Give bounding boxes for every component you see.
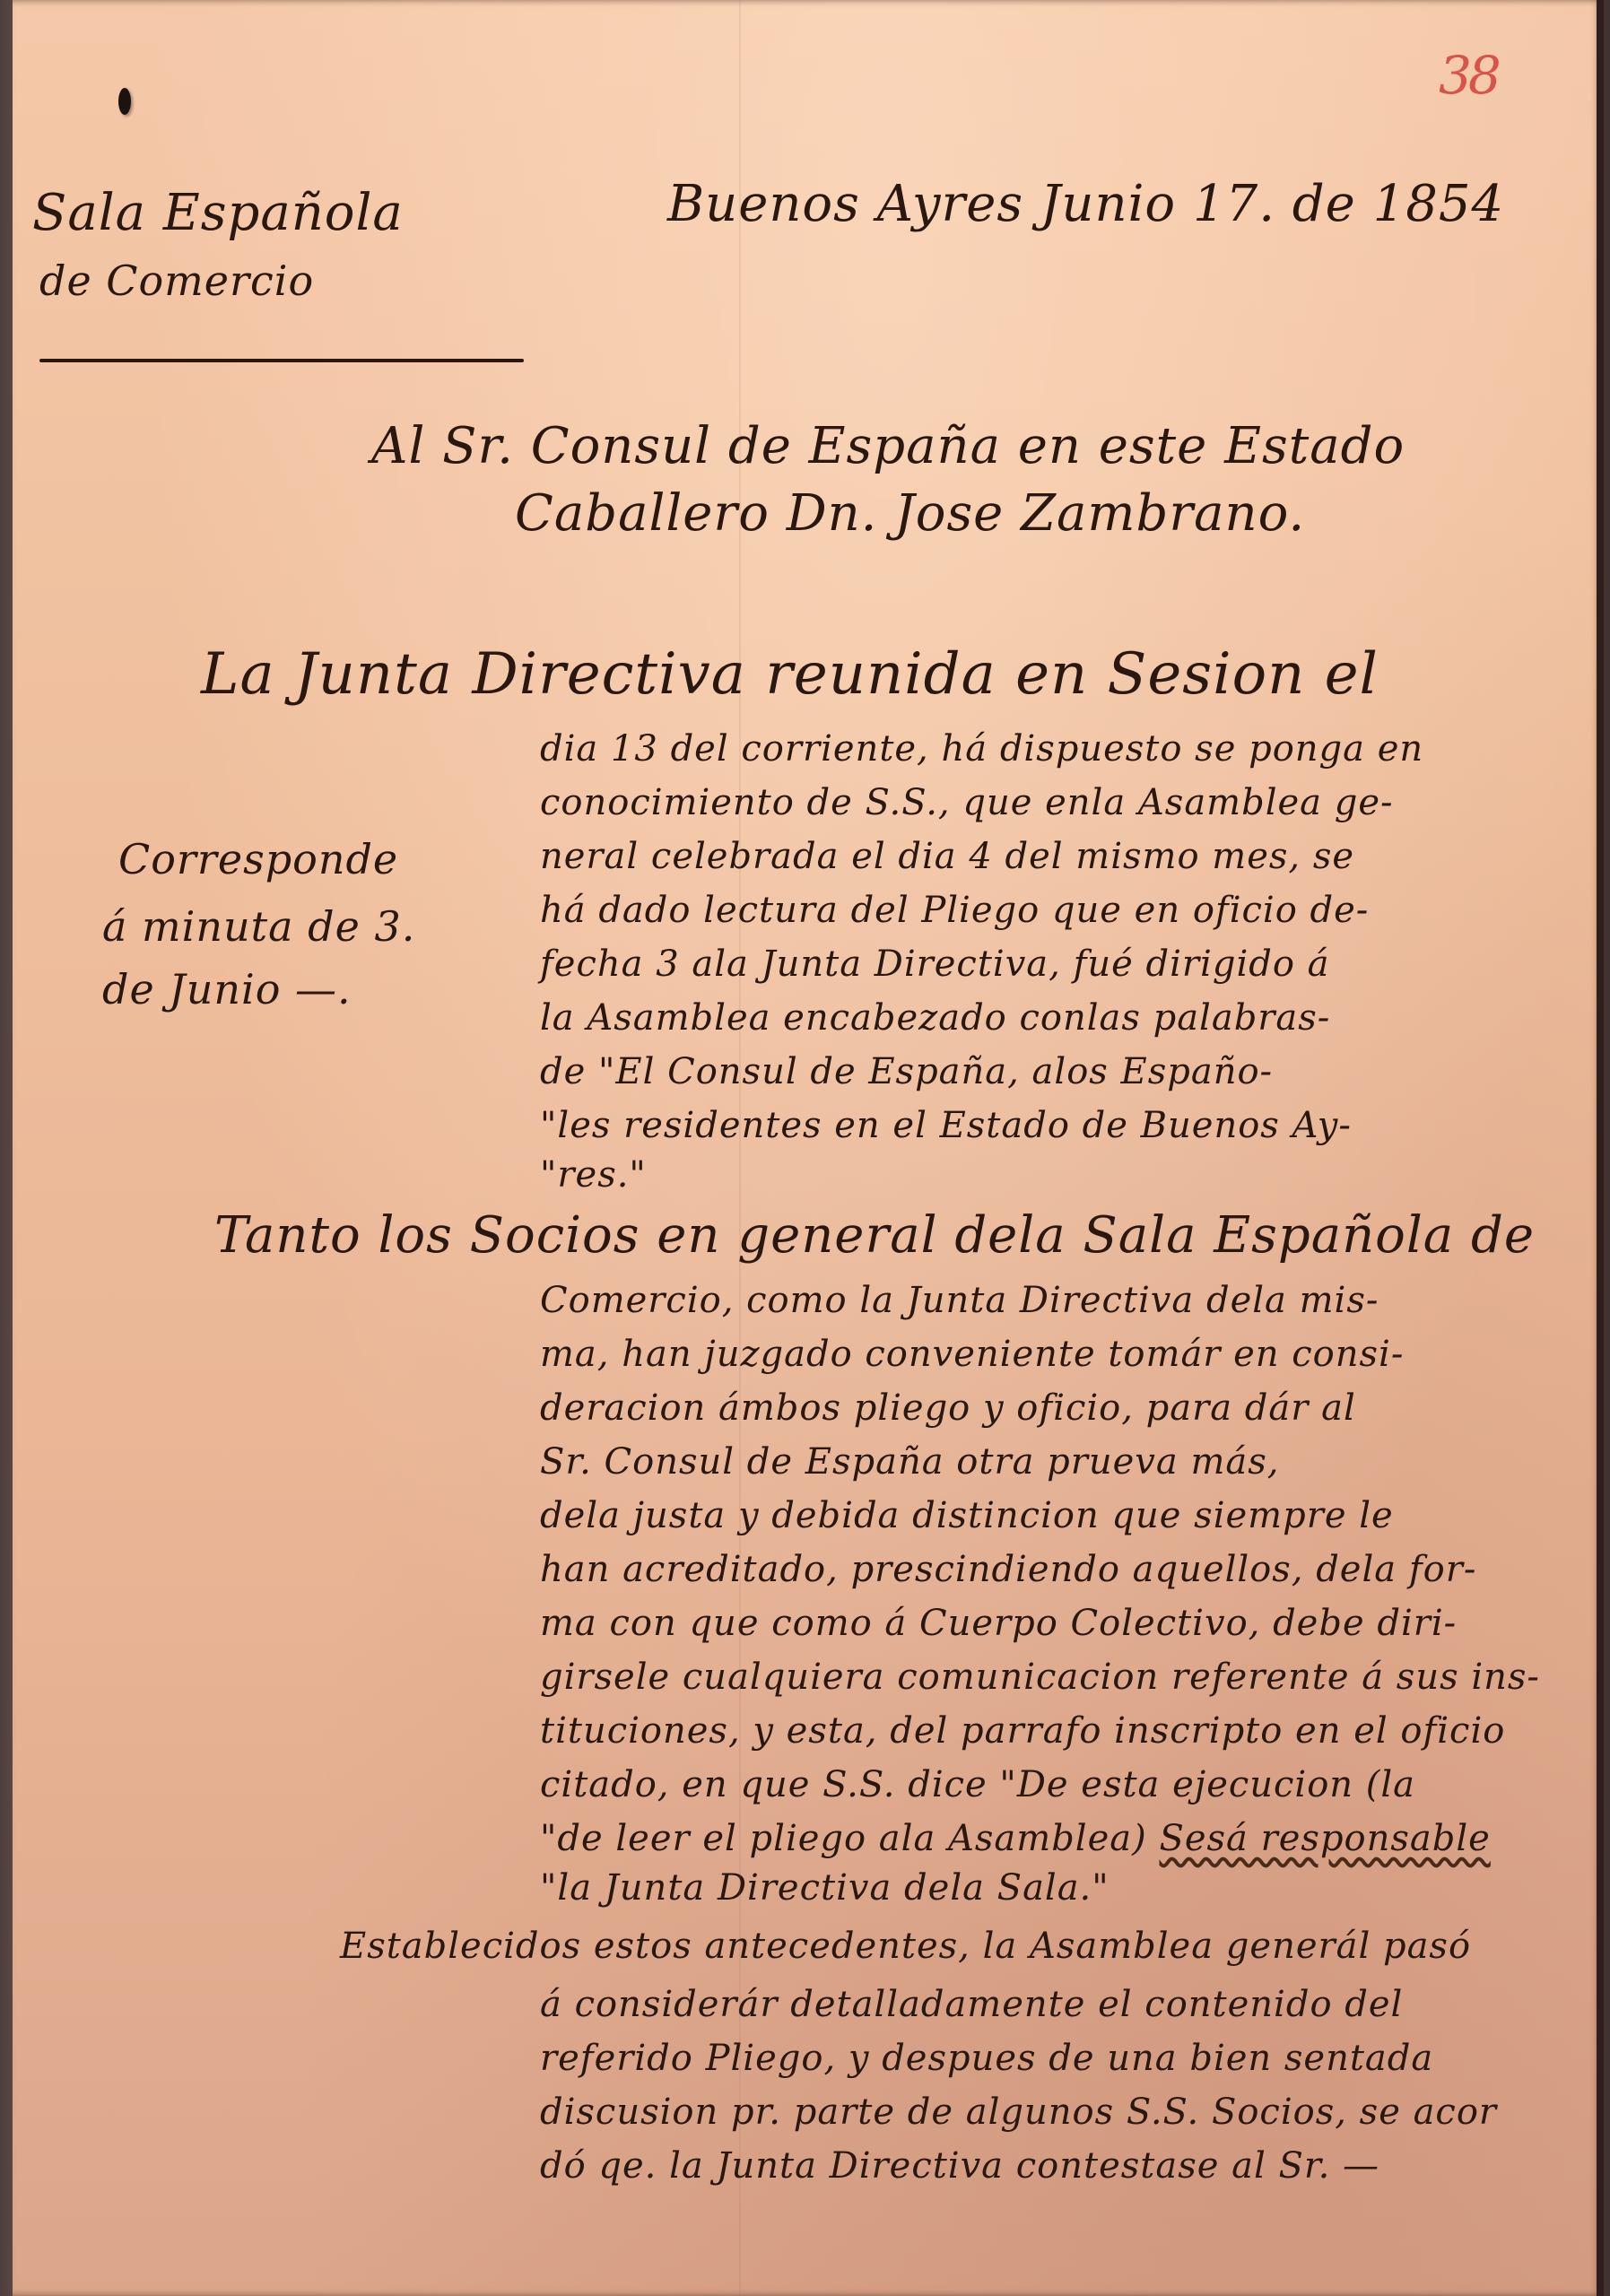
place-date: Buenos Ayres Junio 17. de 1854 bbox=[667, 179, 1504, 230]
body-line: "res." bbox=[540, 1157, 647, 1193]
letterhead-line-1: Sala Española bbox=[32, 188, 404, 239]
body-line: fecha 3 ala Junta Directiva, fué dirigid… bbox=[540, 946, 1329, 982]
page-edge-shadow bbox=[1597, 0, 1604, 2296]
letterhead-rule bbox=[39, 359, 524, 362]
body-line: referido Pliego, y despues de una bien s… bbox=[540, 2040, 1433, 2076]
body-line: á considerár detalladamente el contenido… bbox=[540, 1987, 1403, 2022]
margin-note-line-2: á minuta de 3. bbox=[102, 906, 415, 947]
body-line: "la Junta Directiva dela Sala." bbox=[540, 1870, 1110, 1906]
margin-note-line-1: Corresponde bbox=[118, 839, 398, 880]
body-line: neral celebrada el dia 4 del mismo mes, … bbox=[540, 839, 1354, 874]
margin-note-line-3: de Junio —. bbox=[102, 969, 352, 1010]
body-line: conocimiento de S.S., que enla Asamblea … bbox=[540, 785, 1394, 821]
body-line: ma, han juzgado conveniente tomár en con… bbox=[540, 1336, 1404, 1372]
body-line: Sr. Consul de España otra prueva más, bbox=[540, 1444, 1279, 1480]
manuscript-page: 38 Sala Española de Comercio Buenos Ayre… bbox=[13, 0, 1604, 2296]
quoted-text: "de leer el pliego ala Asamblea) bbox=[540, 1818, 1147, 1859]
body-line: Tanto los Socios en general dela Sala Es… bbox=[214, 1211, 1535, 1261]
body-line: dó qe. la Junta Directiva contestase al … bbox=[540, 2148, 1379, 2184]
body-line: dela justa y debida distincion que siemp… bbox=[540, 1498, 1394, 1534]
body-line: ma con que como á Cuerpo Colectivo, debe… bbox=[540, 1605, 1457, 1641]
folio-number: 38 bbox=[1439, 45, 1498, 106]
body-line: La Junta Directiva reunida en Sesion el bbox=[201, 646, 1379, 703]
body-line: dia 13 del corriente, há dispuesto se po… bbox=[540, 731, 1423, 767]
body-line: citado, en que S.S. dice "De esta ejecuc… bbox=[540, 1767, 1415, 1803]
addressee-line-1: Al Sr. Consul de España en este Estado bbox=[371, 422, 1405, 472]
body-line: la Asamblea encabezado conlas palabras- bbox=[540, 1000, 1330, 1036]
body-line: Comercio, como la Junta Directiva dela m… bbox=[540, 1283, 1379, 1318]
body-line: "de leer el pliego ala Asamblea) Sesá re… bbox=[540, 1821, 1491, 1857]
body-line: tituciones, y esta, del parrafo inscript… bbox=[540, 1713, 1505, 1749]
body-line: "les residentes en el Estado de Buenos A… bbox=[540, 1108, 1352, 1144]
body-line: de "El Consul de España, alos Españo- bbox=[540, 1054, 1273, 1090]
body-line: há dado lectura del Pliego que en oficio… bbox=[540, 892, 1369, 928]
letterhead-line-2: de Comercio bbox=[39, 260, 314, 301]
underlined-phrase: Sesá responsable bbox=[1159, 1818, 1490, 1859]
body-line: deracion ámbos pliego y oficio, para dár… bbox=[540, 1390, 1356, 1426]
body-line: discusion pr. parte de algunos S.S. Soci… bbox=[540, 2094, 1497, 2130]
body-line: han acreditado, prescindiendo aquellos, … bbox=[540, 1552, 1476, 1587]
punch-hole bbox=[118, 88, 131, 115]
body-line: Establecidos estos antecedentes, la Asam… bbox=[340, 1928, 1471, 1964]
addressee-line-2: Caballero Dn. Jose Zambrano. bbox=[515, 489, 1305, 539]
body-line: girsele cualquiera comunicacion referent… bbox=[540, 1659, 1540, 1695]
